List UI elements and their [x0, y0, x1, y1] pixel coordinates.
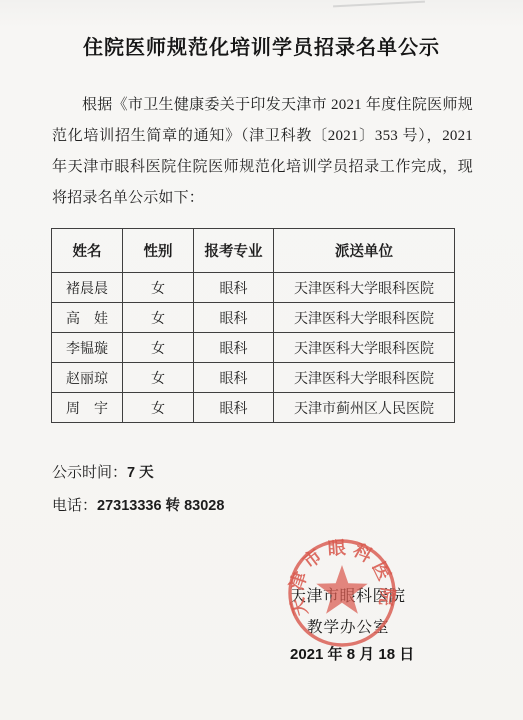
cell-dispatch-unit: 天津市蓟州区人民医院: [274, 393, 455, 423]
table-row: 赵丽琼 女 眼科 天津医科大学眼科医院: [52, 363, 455, 393]
cell-gender: 女: [123, 393, 194, 423]
table-row: 周 宇 女 眼科 天津市蓟州区人民医院: [52, 393, 455, 423]
cell-dispatch-unit: 天津医科大学眼科医院: [274, 333, 455, 363]
notice-period-label: 公示时间：: [52, 465, 127, 481]
signature-office: 教学办公室: [307, 615, 390, 637]
notice-period-line: 公示时间：7 天: [52, 461, 154, 482]
cell-gender: 女: [123, 273, 194, 303]
header-gender: 性别: [123, 229, 194, 273]
cell-dispatch-unit: 天津医科大学眼科医院: [274, 303, 455, 333]
cell-name: 高 娃: [52, 303, 123, 333]
phone-value: 27313336 转 83028: [97, 498, 224, 514]
recruit-roster-table: 姓名 性别 报考专业 派送单位 褚晨晨 女 眼科 天津医科大学眼科医院 高 娃 …: [51, 228, 455, 423]
cell-specialty: 眼科: [194, 363, 274, 393]
header-specialty: 报考专业: [194, 229, 274, 273]
cell-name: 李韫璇: [52, 333, 123, 363]
page-title: 住院医师规范化培训学员招录名单公示: [0, 31, 523, 60]
cell-specialty: 眼科: [194, 273, 274, 303]
header-dispatch-unit: 派送单位: [274, 229, 455, 273]
svg-text:天津市眼科医院: 天津市眼科医院: [285, 537, 399, 618]
phone-line: 电话：27313336 转 83028: [52, 494, 224, 515]
scanned-document-page: 住院医师规范化培训学员招录名单公示 根据《市卫生健康委关于印发天津市 2021 …: [0, 0, 523, 720]
cell-gender: 女: [123, 363, 194, 393]
phone-label: 电话：: [52, 498, 97, 514]
table-row: 李韫璇 女 眼科 天津医科大学眼科医院: [52, 333, 455, 363]
cell-gender: 女: [123, 303, 194, 333]
cell-name: 周 宇: [52, 393, 123, 423]
signature-date: 2021 年 8 月 18 日: [290, 643, 414, 664]
cell-specialty: 眼科: [194, 303, 274, 333]
cell-dispatch-unit: 天津医科大学眼科医院: [274, 273, 455, 303]
body-paragraph: 根据《市卫生健康委关于印发天津市 2021 年度住院医师规范化培训招生简章的通知…: [52, 90, 473, 214]
header-name: 姓名: [52, 229, 123, 273]
table-row: 高 娃 女 眼科 天津医科大学眼科医院: [52, 303, 455, 333]
scan-artifact-line: [333, 1, 425, 8]
cell-specialty: 眼科: [194, 333, 274, 363]
table-header-row: 姓名 性别 报考专业 派送单位: [52, 229, 455, 273]
cell-gender: 女: [123, 333, 194, 363]
cell-specialty: 眼科: [194, 393, 274, 423]
seal-arc-text: 天津市眼科医院: [285, 537, 399, 618]
signature-organization: 天津市眼科医院: [290, 583, 406, 606]
table-row: 褚晨晨 女 眼科 天津医科大学眼科医院: [52, 273, 455, 303]
cell-name: 褚晨晨: [52, 273, 123, 303]
notice-period-value: 7 天: [127, 465, 154, 481]
cell-dispatch-unit: 天津医科大学眼科医院: [274, 363, 455, 393]
cell-name: 赵丽琼: [52, 363, 123, 393]
